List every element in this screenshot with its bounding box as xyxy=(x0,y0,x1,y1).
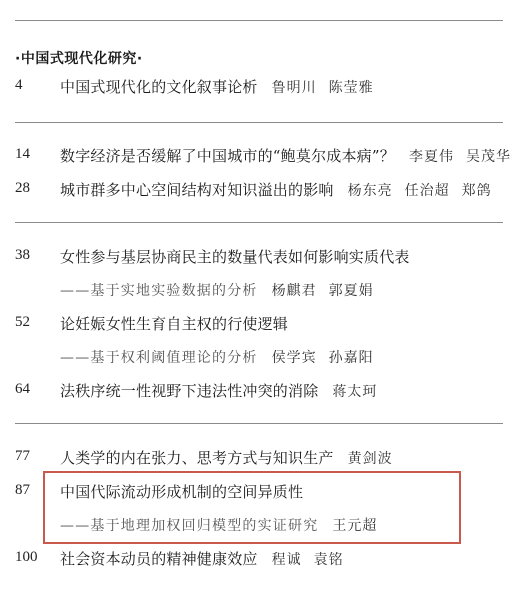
toc-entry-subtitle: ——基于权利阈值理论的分析侯学宾孙嘉阳 xyxy=(0,345,516,369)
page-number: 4 xyxy=(15,77,23,94)
page-number: 87 xyxy=(15,482,30,499)
article-subtitle: ——基于实地实验数据的分析杨麒君郭夏娟 xyxy=(60,280,374,300)
toc-entry[interactable]: 100 社会资本动员的精神健康效应程诚袁铭 xyxy=(0,546,516,570)
article-title: 法秩序统一性视野下违法性冲突的消除蒋太珂 xyxy=(60,380,377,401)
authors: 李夏伟吴茂华 xyxy=(409,149,511,165)
article-title: 女性参与基层协商民主的数量代表如何影响实质代表 xyxy=(60,246,410,267)
article-subtitle: ——基于权利阈值理论的分析侯学宾孙嘉阳 xyxy=(60,347,374,367)
authors: 王元超 xyxy=(332,518,377,534)
authors: 黄剑波 xyxy=(348,451,393,467)
page-number: 64 xyxy=(15,381,30,398)
article-title: 城市群多中心空间结构对知识溢出的影响杨东亮任治超郑鸽 xyxy=(60,179,492,200)
article-title: 论妊娠女性生育自主权的行使逻辑 xyxy=(60,313,288,334)
article-title: 中国代际流动形成机制的空间异质性 xyxy=(60,481,303,502)
toc-entry-highlighted[interactable]: 87 中国代际流动形成机制的空间异质性 xyxy=(0,479,516,503)
divider xyxy=(15,222,503,223)
page-number: 100 xyxy=(15,549,38,566)
authors: 蒋太珂 xyxy=(332,384,377,400)
toc-entry-subtitle: ——基于地理加权回归模型的实证研究王元超 xyxy=(0,513,516,537)
page-number: 52 xyxy=(15,314,30,331)
article-title: 中国式现代化的文化叙事论析鲁明川陈莹雅 xyxy=(60,76,374,97)
authors: 程诚袁铭 xyxy=(272,552,344,568)
page-number: 38 xyxy=(15,247,30,264)
authors: 杨东亮任治超郑鸽 xyxy=(348,183,492,199)
page-number: 77 xyxy=(15,448,30,465)
toc-entry[interactable]: 28 城市群多中心空间结构对知识溢出的影响杨东亮任治超郑鸽 xyxy=(0,177,516,201)
section-title: ·中国式现代化研究· xyxy=(15,48,143,68)
divider xyxy=(15,423,503,424)
authors: 鲁明川陈莹雅 xyxy=(272,80,374,96)
toc-entry-subtitle: ——基于实地实验数据的分析杨麒君郭夏娟 xyxy=(0,278,516,302)
article-subtitle: ——基于地理加权回归模型的实证研究王元超 xyxy=(60,515,377,535)
toc-entry[interactable]: 64 法秩序统一性视野下违法性冲突的消除蒋太珂 xyxy=(0,378,516,402)
article-title: 人类学的内在张力、思考方式与知识生产黄剑波 xyxy=(60,447,393,468)
divider-top xyxy=(15,20,503,21)
toc-entry[interactable]: 38 女性参与基层协商民主的数量代表如何影响实质代表 xyxy=(0,244,516,268)
toc-entry[interactable]: 4 中国式现代化的文化叙事论析鲁明川陈莹雅 xyxy=(0,74,516,98)
authors: 杨麒君郭夏娟 xyxy=(272,283,374,299)
toc-entry[interactable]: 77 人类学的内在张力、思考方式与知识生产黄剑波 xyxy=(0,445,516,469)
toc-entry[interactable]: 52 论妊娠女性生育自主权的行使逻辑 xyxy=(0,311,516,335)
page-number: 14 xyxy=(15,146,30,163)
article-title: 数字经济是否缓解了中国城市的“鲍莫尔成本病”？李夏伟吴茂华 xyxy=(60,145,511,166)
divider xyxy=(15,122,503,123)
toc-entry[interactable]: 14 数字经济是否缓解了中国城市的“鲍莫尔成本病”？李夏伟吴茂华 xyxy=(0,143,516,167)
page-number: 28 xyxy=(15,180,30,197)
article-title: 社会资本动员的精神健康效应程诚袁铭 xyxy=(60,548,344,569)
authors: 侯学宾孙嘉阳 xyxy=(272,350,374,366)
